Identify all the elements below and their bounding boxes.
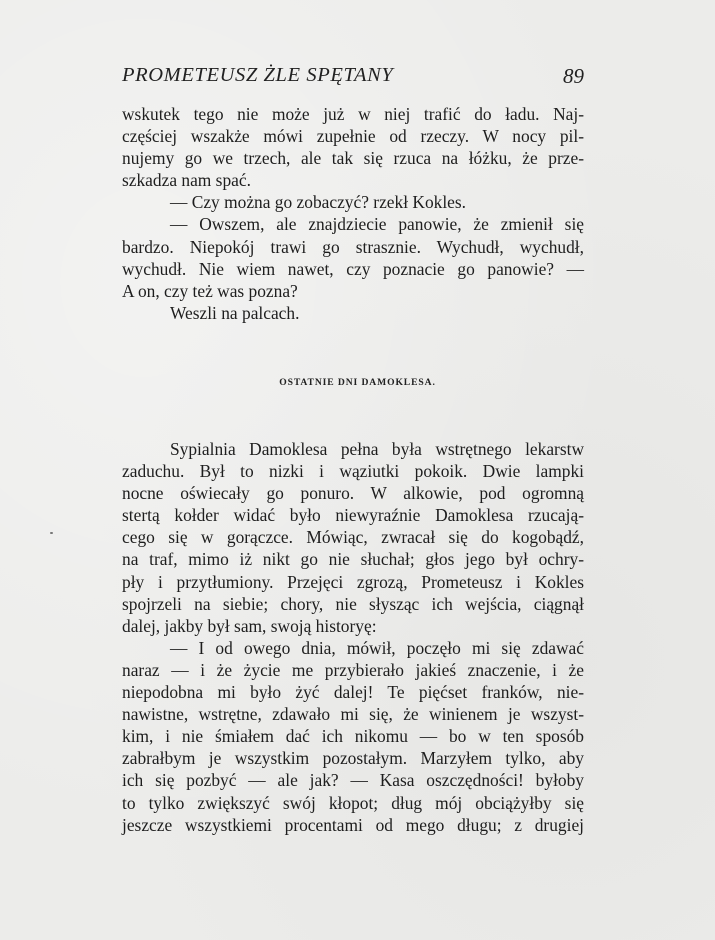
text-line: kim, i nie śmiałem dać ich nikomu — bo w…	[122, 725, 584, 747]
text-line: dalej, jakby był sam, swoją historyę:	[122, 615, 584, 637]
text-line: wskutek tego nie może już w niej trafić …	[122, 103, 584, 125]
text-line: pły i przytłumiony. Przejęci zgrozą, Pro…	[122, 571, 584, 593]
text-line: to tylko zwiększyć swój kłopot; dług mój…	[122, 792, 584, 814]
text-line: zaduchu. Był to nizki i wąziutki pokoik.…	[122, 460, 584, 482]
running-title: PROMETEUSZ ŻLE SPĘTANY	[122, 64, 393, 87]
text-line: Weszli na palcach.	[122, 302, 584, 324]
text-line: na traf, mimo iż nikt go nie słuchał; gł…	[122, 548, 584, 570]
dialogue-line: — I od owego dnia, mówił, poczęło mi się…	[122, 637, 584, 659]
text-line: Sypialnia Damoklesa pełna była wstrętneg…	[122, 438, 584, 460]
text-line: A on, czy też was pozna?	[122, 280, 584, 302]
text-line: wychudł. Nie wiem nawet, czy poznacie go…	[122, 258, 584, 280]
paper-speck	[50, 532, 53, 534]
text-line: niepodobna mi było żyć dalej! Te pięćset…	[122, 681, 584, 703]
text-line: częściej wszakże mówi zupełnie od rzeczy…	[122, 125, 584, 147]
text-line: jeszcze wszystkiemi procentami od mego d…	[122, 814, 584, 836]
text-line: naraz — i że życie me przybierało jakieś…	[122, 659, 584, 681]
text-line: spojrzeli na siebie; chory, nie słysząc …	[122, 593, 584, 615]
text-block-continuation: wskutek tego nie może już w niej trafić …	[122, 103, 584, 324]
text-line: stertą kołder widać było niewyraźnie Dam…	[122, 504, 584, 526]
section-title: OSTATNIE DNI DAMOKLESA.	[0, 377, 715, 388]
book-page: PROMETEUSZ ŻLE SPĘTANY 89 wskutek tego n…	[0, 0, 715, 940]
dialogue-line: — Owszem, ale znajdziecie panowie, że zm…	[122, 213, 584, 235]
text-line: szkadza nam spać.	[122, 169, 584, 191]
text-line: zabrałbym je wszystkim pozostałym. Marzy…	[122, 747, 584, 769]
dialogue-line: — Czy można go zobaczyć? rzekł Kokles.	[122, 191, 584, 213]
text-line: nujemy go we trzech, ale tak się rzuca n…	[122, 147, 584, 169]
text-line: cego się w gorączce. Mówiąc, zwracał się…	[122, 526, 584, 548]
text-line: bardzo. Niepokój trawi go strasznie. Wyc…	[122, 236, 584, 258]
text-line: nocne oświecały go ponuro. W alkowie, po…	[122, 482, 584, 504]
page-number: 89	[563, 64, 584, 89]
text-line: ich się pozbyć — ale jak? — Kasa oszczęd…	[122, 769, 584, 791]
running-head: PROMETEUSZ ŻLE SPĘTANY 89	[122, 64, 584, 94]
text-line: nawistne, wstrętne, zdawało mi się, że w…	[122, 703, 584, 725]
text-block-section: Sypialnia Damoklesa pełna była wstrętneg…	[122, 438, 584, 836]
